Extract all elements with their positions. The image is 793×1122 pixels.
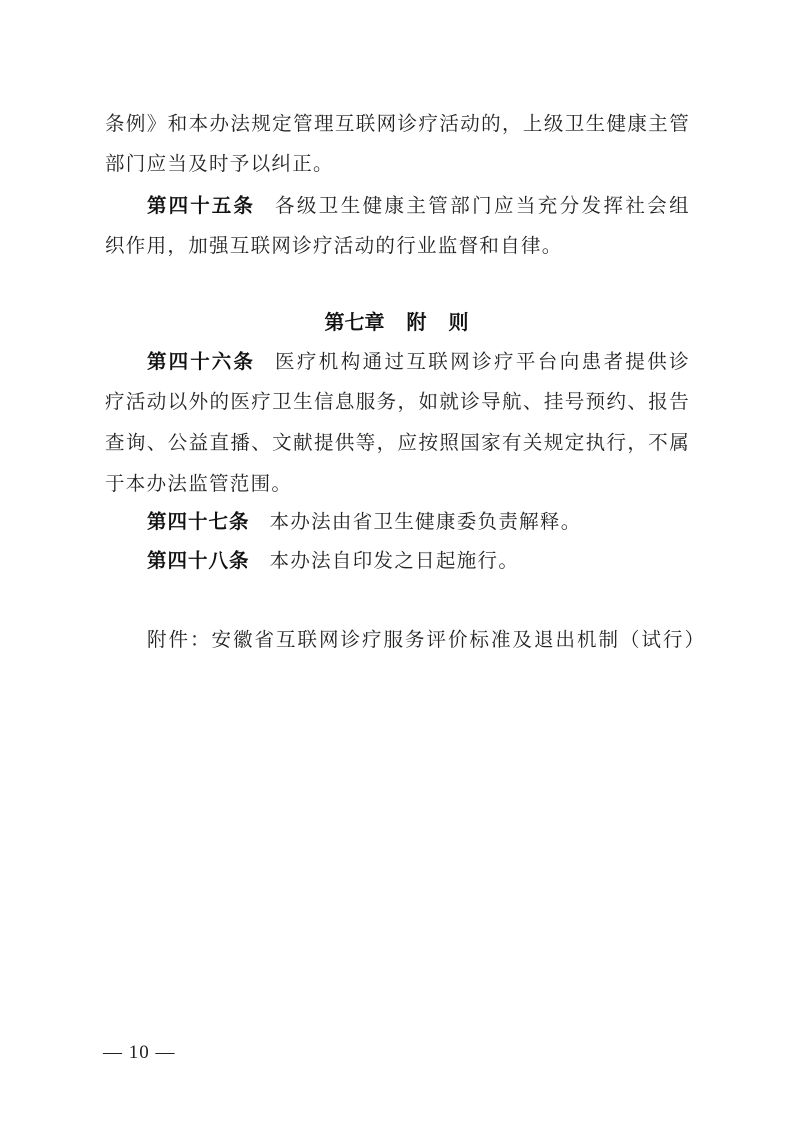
chapter-title-part-2: 则 xyxy=(449,308,469,336)
chapter-number: 第七章 xyxy=(325,308,385,336)
paragraph-line: 条例》和本办法规定管理互联网诊疗活动的，上级卫生健康主管 xyxy=(105,110,690,138)
article-47-label: 第四十七条 xyxy=(147,510,250,533)
attachment-note: 附件：安徽省互联网诊疗服务评价标准及退出机制（试行） xyxy=(147,626,690,654)
chapter-title-part-1: 附 xyxy=(407,308,427,336)
article-47-text: 本办法由省卫生健康委负责解释。 xyxy=(270,510,582,533)
paragraph-line: 于本办法监管范围。 xyxy=(105,470,690,498)
chapter-heading: 第七章附则 xyxy=(0,308,793,336)
article-45-label: 第四十五条 xyxy=(147,194,255,217)
article-48-line: 第四十八条本办法自印发之日起施行。 xyxy=(147,547,690,575)
paragraph-line: 查询、公益直播、文献提供等，应按照国家有关规定执行，不属 xyxy=(105,429,690,457)
paragraph-line: 疗活动以外的医疗卫生信息服务，如就诊导航、挂号预约、报告 xyxy=(105,388,690,416)
document-page: 条例》和本办法规定管理互联网诊疗活动的，上级卫生健康主管 部门应当及时予以纠正。… xyxy=(0,0,793,1122)
article-46-label: 第四十六条 xyxy=(147,350,255,373)
article-48-text: 本办法自印发之日起施行。 xyxy=(270,549,520,572)
page-number: — 10 — xyxy=(103,1040,176,1066)
article-46-text: 医疗机构通过互联网诊疗平台向患者提供诊 xyxy=(275,350,690,373)
paragraph-line: 部门应当及时予以纠正。 xyxy=(105,150,690,178)
article-45-line-1: 第四十五条各级卫生健康主管部门应当充分发挥社会组 xyxy=(147,192,690,220)
article-45-text: 各级卫生健康主管部门应当充分发挥社会组 xyxy=(275,194,690,217)
article-47-line: 第四十七条本办法由省卫生健康委负责解释。 xyxy=(147,508,690,536)
paragraph-line: 织作用，加强互联网诊疗活动的行业监督和自律。 xyxy=(105,232,690,260)
article-46-line-1: 第四十六条医疗机构通过互联网诊疗平台向患者提供诊 xyxy=(147,348,690,376)
article-48-label: 第四十八条 xyxy=(147,549,250,572)
